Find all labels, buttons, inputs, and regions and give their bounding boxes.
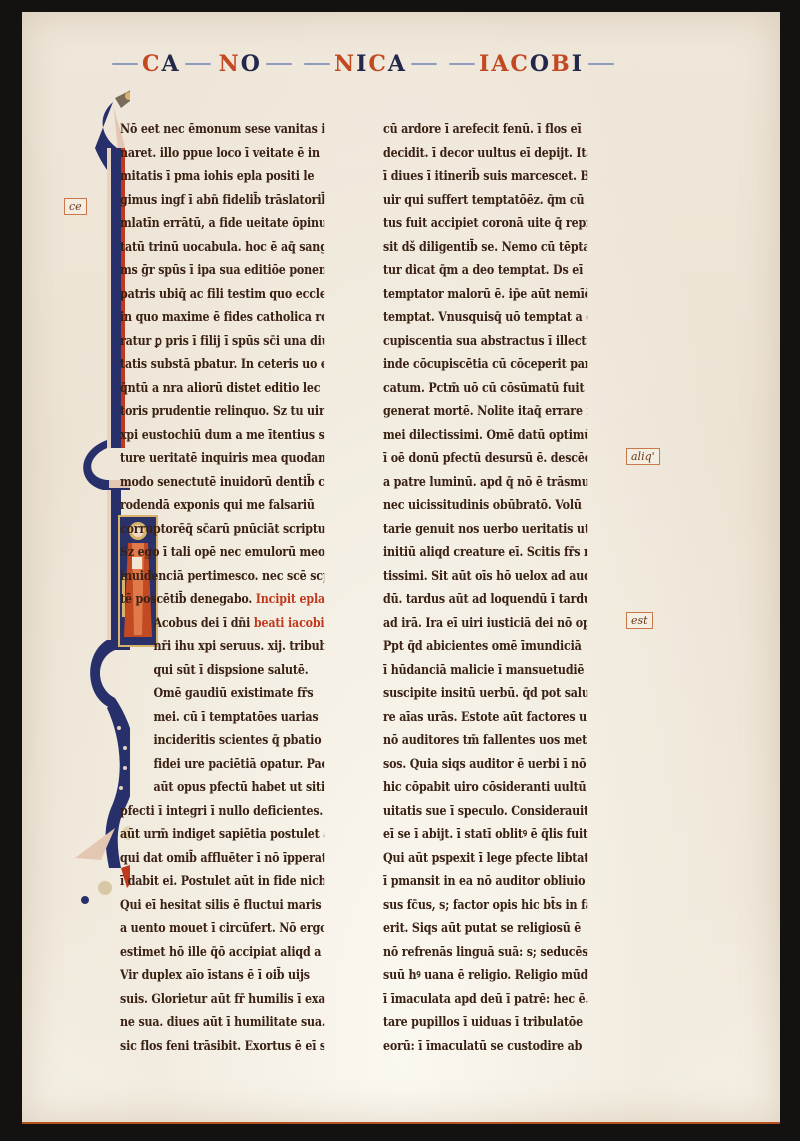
rubric-beati-iacobi: beati iacobi. <box>254 615 324 630</box>
text-line: tus fuit accipiet coronā uite q̄ repmi <box>383 211 587 235</box>
text-line: erit. Siqs aūt putat se religiosū ē <box>383 916 587 940</box>
text-line: nō refrenās linguā suā: s; seducēs cor <box>383 940 587 964</box>
text-line: Nō eet nec ēmonum sese vanitas ipug <box>120 117 324 141</box>
text-line: ratur ꝑ pris ī filij ī spūs sc̄i una diu… <box>120 329 324 353</box>
text-line: catum. Pctm̄ uō cū cōsūmatū fuit <box>383 376 587 400</box>
text-line: estimet hō ille q̄ō accipiat aliqd a dn̄… <box>120 940 324 964</box>
text-line: tare pupillos ī uiduas ī tribulatōe <box>383 1010 587 1034</box>
pen-flourish-icon <box>185 63 211 65</box>
text-column-left: Nō eet nec ēmonum sese vanitas ipug nare… <box>120 117 352 1057</box>
text-line: ī oē donū pfectū desursū ē. descēdēs <box>383 446 587 470</box>
text-line: q̄ntū a nra aliorū distet editio lec <box>120 376 324 400</box>
pen-flourish-icon <box>411 63 437 65</box>
text-line: inde cōcupiscētia cū cōceperit parit pec <box>383 352 587 376</box>
margin-note-right-2: est <box>626 612 653 629</box>
text-line-with-beati-rubric: Acobus dei ī dn̄i beati iacobi. <box>120 611 324 635</box>
text-line: fidei ure paciētiā opatur. Pacia <box>120 752 324 776</box>
text-line: qui dat omib̄ affluēter ī nō īpperat <box>120 846 324 870</box>
text-line: mei. cū ī temptatōes uarias <box>120 705 324 729</box>
text-line: initiū aliqd creature eī. Scitis fr̄s me… <box>383 540 587 564</box>
text-line: re aīas urās. Estote aūt factores uerbi … <box>383 705 587 729</box>
text-line: Ppt q̄d abicientes omē īmundiciā <box>383 634 587 658</box>
running-header: C A N O N I C A I A C O B I <box>108 44 618 84</box>
text-line: qui sūt ī dispsione salutē. <box>120 658 324 682</box>
text-line: toris prudentie relinquo. Sz tu uirgo <box>120 399 324 423</box>
text-line: a uento mouet ī circūfert. Nō ergo <box>120 916 324 940</box>
text-line-with-incipit-rubric: tē poscētib̄ denegabo. Incipit epla. <box>120 587 324 611</box>
text-line: Sz ego ī tali opē nec emulorū meor <box>120 540 324 564</box>
header-word-4: I A C O B I <box>445 51 618 77</box>
text-line: generat mortē. Nolite itaq̄ errare fr̄s <box>383 399 587 423</box>
text-line: Vir duplex aīo īstans ē ī oib̄ uijs <box>120 963 324 987</box>
text-line: sic flos feni trāsibit. Exortus ē eī sol <box>120 1034 324 1058</box>
text-line: tatis substā pbatur. In ceteris uo eplis <box>120 352 324 376</box>
text-line: mlatīn errātū, a fide ueitate ōpinus <box>120 211 324 235</box>
header-letter: C <box>142 51 162 77</box>
text-column-right: cū ardore ī arefecit fenū. ī flos eī dec… <box>383 117 615 1057</box>
header-letter: A <box>491 51 510 77</box>
text-line: Qui aūt pspexit ī lege pfecte libtatis <box>383 846 587 870</box>
text-line: mitatis ī pma iohis epla positi le <box>120 164 324 188</box>
text-line: patris ubiq̄ ac fili testim quo ecclesie <box>120 282 324 306</box>
text-line: ī diues ī itinerib̄ suis marcescet. Bē <box>383 164 587 188</box>
text-line: inuidenciā pertimesco. nec scē scpte uer… <box>120 564 324 588</box>
text-line: ī pmansit in ea nō auditor obliuio <box>383 869 587 893</box>
text-line: nr̄i ihu xpi seruus. xij. tribub <box>120 634 324 658</box>
header-letter: O <box>241 51 262 77</box>
text-line: xpi eustochiū dum a me ītentius sc̄ip <box>120 423 324 447</box>
margin-note-left: ce <box>64 198 87 215</box>
rubric-incipit: Incipit epla. <box>256 591 324 606</box>
text-line: aūt urm̄ indiget sapiētia postulet a do <box>120 822 324 846</box>
text-line: sit dš diligentib̄ se. Nemo cū tēpta <box>383 235 587 259</box>
header-letter: C <box>510 51 530 77</box>
header-letter: N <box>334 51 356 77</box>
pen-flourish-icon <box>266 63 292 65</box>
text-line: cū ardore ī arefecit fenū. ī flos eī <box>383 117 587 141</box>
header-letter: O <box>530 51 551 77</box>
header-letter: B <box>551 51 572 77</box>
header-word-2: N O <box>219 51 296 77</box>
text-line: tur dicat q̄m a deo temptat. Ds eī in <box>383 258 587 282</box>
text-line: rodendā exponis qui me falsariū <box>120 493 324 517</box>
text-line: eorū: ī īmaculatū se custodire ab <box>383 1034 587 1058</box>
text-line: pfecti ī integri ī nullo deficientes. Si… <box>120 799 324 823</box>
pen-flourish-icon <box>449 63 475 65</box>
header-letter: I <box>356 51 368 77</box>
text-line: nec uicissitudinis obūbratō. Volū <box>383 493 587 517</box>
text-line: ad irā. Ira eī uiri iusticiā dei nō opat… <box>383 611 587 635</box>
text-line: uir qui suffert temptatōēz. q̄m cū pba <box>383 188 587 212</box>
text-line: in quo maxime ē fides catholica robo <box>120 305 324 329</box>
pen-flourish-icon <box>304 63 330 65</box>
text-line: eī se ī abijt. ī statī oblitꝰ ē q̄lis fu… <box>383 822 587 846</box>
text-line: sos. Quia siqs auditor ē uerbi ī nō fact… <box>383 752 587 776</box>
text-line: Omē gaudiū existimate fr̄s <box>120 681 324 705</box>
text-line: a patre luminū. apd q̄ nō ē trāsmutatō <box>383 470 587 494</box>
text-line: corruptorēq̄ sc̄arū pnūciāt scripturar. <box>120 517 324 541</box>
text-line: suis. Glorietur aūt fr̄ humilis ī exalta… <box>120 987 324 1011</box>
text-line: sus fc̄us, s; factor opis hic bt̄s in fa… <box>383 893 587 917</box>
text-line: decidit. ī decor uultus eī depijt. Ita <box>383 141 587 165</box>
header-letter: I <box>479 51 491 77</box>
text-line: uitatis sue ī speculo. Considerauit <box>383 799 587 823</box>
text-line: temptator malorū ē. ip̄e aūt nemīē <box>383 282 587 306</box>
text-line: incideritis scientes q̄ pbatio <box>120 728 324 752</box>
text-line: aūt opus pfectū habet ut sitis <box>120 775 324 799</box>
header-word-3: N I C A <box>300 51 441 77</box>
text-fragment: tē poscētib̄ denegabo. <box>120 591 256 606</box>
text-line: tarie genuit nos uerbo ueritatis ut sim̄ <box>383 517 587 541</box>
text-line: ī hūdanciā malicie ī mansuetudiē <box>383 658 587 682</box>
text-line: ture ueritatē inquiris mea quodam <box>120 446 324 470</box>
text-line: mei dilectissimi. Omē datū optimū <box>383 423 587 447</box>
text-line: suū hꝰ uana ē religio. Religio mūda <box>383 963 587 987</box>
header-letter: C <box>368 51 388 77</box>
header-letter: A <box>388 51 407 77</box>
text-line: nō auditores tm̄ fallentes uos met ip <box>383 728 587 752</box>
text-line: naret. illo ppue loco ī veitate ē in <box>120 141 324 165</box>
text-line: temptat. Vnusquisq̄ uō temptat a cō <box>383 305 587 329</box>
text-line: cupiscentia sua abstractus ī illectus. D… <box>383 329 587 353</box>
text-line: ne sua. diues aūt ī humilitate sua. q̄ <box>120 1010 324 1034</box>
text-line: ms ḡr spūs ī ipa sua editiōe ponentib̄ <box>120 258 324 282</box>
header-letter: A <box>162 51 181 77</box>
header-word-1: C A <box>108 51 215 77</box>
header-letter: I <box>572 51 584 77</box>
text-line: hic cōpabit uiro cōsideranti uultū nati <box>383 775 587 799</box>
text-line: tatū trinū uocabula. hoc ē aq̄ sangui <box>120 235 324 259</box>
text-line: suscipite insitū uerbū. q̄d pot saluā <box>383 681 587 705</box>
text-line: ī īmaculata apd deū ī patrē: hec ē. uisi <box>383 987 587 1011</box>
pen-flourish-icon <box>588 63 614 65</box>
text-line: Qui eī hesitat silis ē fluctui maris q̄ <box>120 893 324 917</box>
text-line: ī dabit ei. Postulet aūt in fide nichil … <box>120 869 324 893</box>
header-letter: N <box>219 51 241 77</box>
text-line: dū. tardus aūt ad loquendū ī tardus <box>383 587 587 611</box>
text-line: gimus ingf ī abn̄ fidelib̄ trāslatorib̄ <box>120 188 324 212</box>
text-line: modo senectutē inuidorū dentib̄ cor <box>120 470 324 494</box>
pen-flourish-icon <box>112 63 138 65</box>
margin-note-right-1: aliq' <box>626 448 660 465</box>
text-line: tissimi. Sit aūt oīs hō uelox ad audien <box>383 564 587 588</box>
text-fragment: Acobus dei ī dn̄i <box>153 615 253 630</box>
